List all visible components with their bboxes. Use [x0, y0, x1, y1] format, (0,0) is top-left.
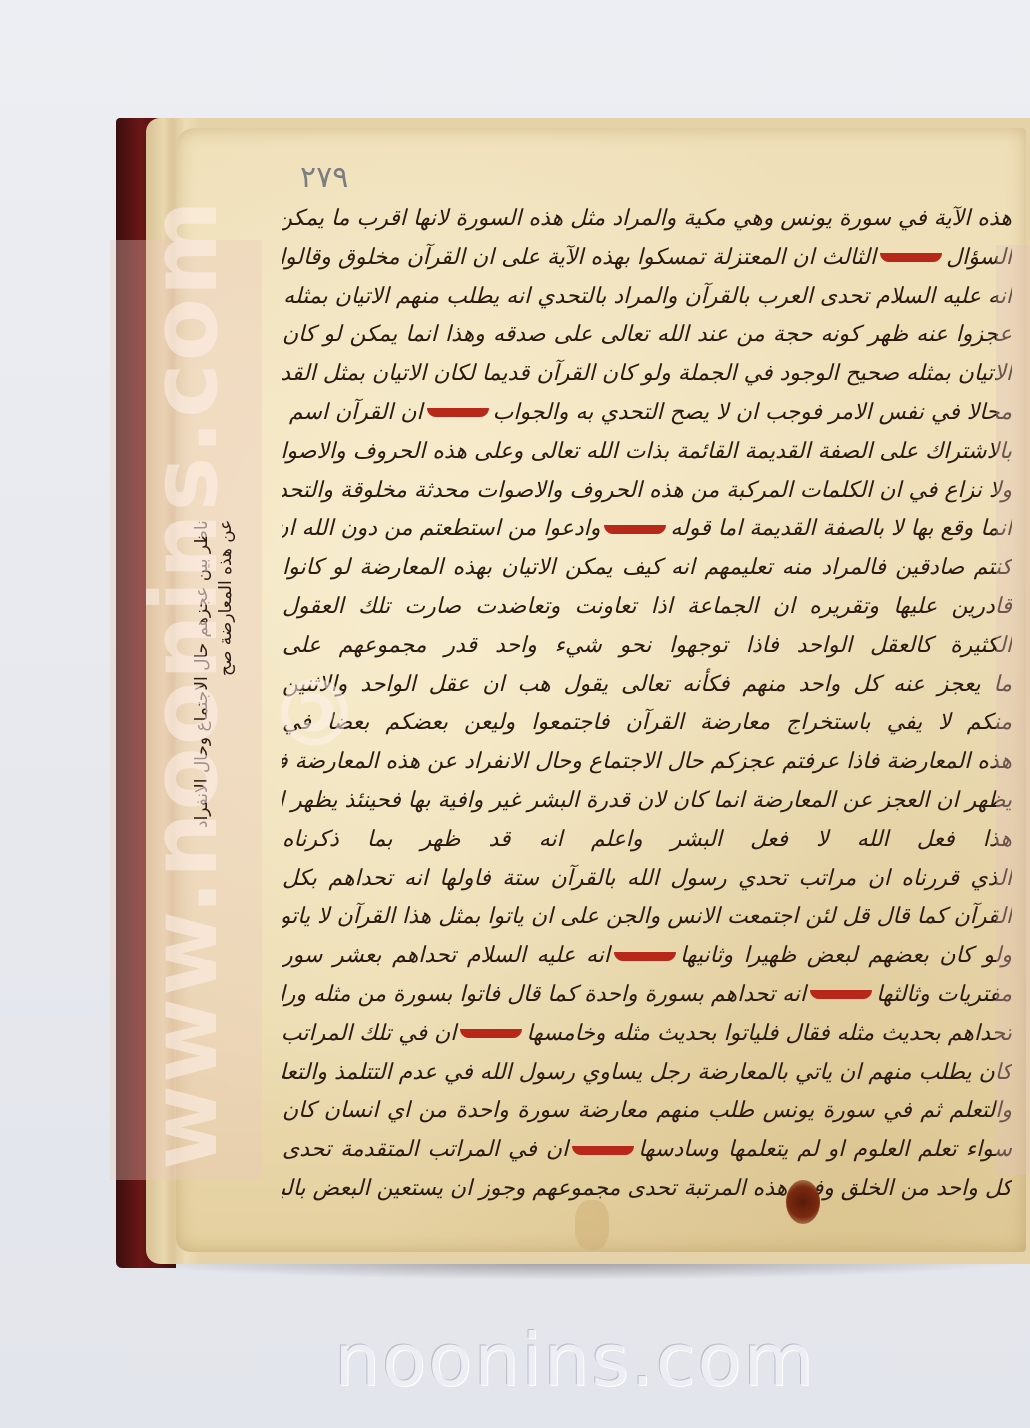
line-text: يظهر ان العجز عن المعارضة انما كان لان ق… [282, 788, 1012, 813]
line-text: ولو كان بعضهم لبعض ظهيرا وثانيها [680, 943, 1012, 968]
manuscript-line: انه عليه السلام تحدى العرب بالقرآن والمر… [282, 278, 1012, 317]
line-text: ان في تلك المراتب الاربع [282, 1021, 456, 1046]
manuscript-line: يظهر ان العجز عن المعارضة انما كان لان ق… [282, 782, 1012, 821]
rubric-overline-mark [460, 1029, 522, 1038]
manuscript-line: محالا في نفس الامر فوجب ان لا يصح التحدي… [282, 394, 1012, 433]
manuscript-line: تحداهم بحديث مثله فقال فلياتوا بحديث مثل… [282, 1015, 1012, 1054]
manuscript-line: ولو كان بعضهم لبعض ظهيرا وثانيهاانه عليه… [282, 937, 1012, 976]
manuscript-line: الذي قررناه ان مراتب تحدي رسول الله بالق… [282, 860, 1012, 899]
manuscript-line: والتعلم ثم في سورة يونس طلب منهم معارضة … [282, 1092, 1012, 1131]
line-text: مفتريات وثالثها [876, 982, 1012, 1007]
manuscript-line: هذه الآية في سورة يونس وهي مكية والمراد … [282, 200, 1012, 239]
water-stain [575, 1200, 609, 1250]
line-text: القرآن كما قال قل لئن اجتمعت الانس والجن… [282, 904, 1012, 929]
manuscript-line: انما وقع بها لا بالصفة القديمة اما قولهو… [282, 510, 1012, 549]
line-text: ولا نزاع في ان الكلمات المركبة من هذه ال… [282, 478, 1012, 503]
manuscript-line: كنتم صادقين فالمراد منه تعليمهم انه كيف … [282, 549, 1012, 588]
rubric-overline-mark [604, 525, 666, 534]
manuscript-line: مفتريات وثالثهاانه تحداهم بسورة واحدة كم… [282, 976, 1012, 1015]
folio-number: ٢٧٩ [300, 160, 348, 195]
line-text: هذه المعارضة فاذا عرفتم عجزكم حال الاجتم… [282, 749, 1012, 774]
line-text: انه تحداهم بسورة واحدة كما قال فاتوا بسو… [282, 982, 806, 1007]
manuscript-line: سواء تعلم العلوم او لم يتعلمها وسادسهاان… [282, 1131, 1012, 1170]
manuscript-line: هذه المعارضة فاذا عرفتم عجزكم حال الاجتم… [282, 743, 1012, 782]
manuscript-line: القرآن كما قال قل لئن اجتمعت الانس والجن… [282, 898, 1012, 937]
line-text: انه عليه السلام تحدى العرب بالقرآن والمر… [282, 284, 1012, 309]
line-text: محالا في نفس الامر فوجب ان لا يصح التحدي… [493, 400, 1012, 425]
line-text: سواء تعلم العلوم او لم يتعلمها وسادسها [638, 1137, 1012, 1162]
rubric-overline-mark [572, 1146, 634, 1155]
manuscript-line: منكم لا يفي باستخراج معارضة القرآن فاجتم… [282, 704, 1012, 743]
ink-stain [786, 1180, 820, 1224]
line-text: والتعلم ثم في سورة يونس طلب منهم معارضة … [282, 1098, 1012, 1123]
watermark-panel-right [996, 245, 1030, 1175]
line-text: الذي قررناه ان مراتب تحدي رسول الله بالق… [282, 866, 1012, 891]
manuscript-line: عجزوا عنه ظهر كونه حجة من عند الله تعالى… [282, 316, 1012, 355]
line-text: عجزوا عنه ظهر كونه حجة من عند الله تعالى… [282, 322, 1012, 347]
line-text: انما وقع بها لا بالصفة القديمة اما قوله [670, 516, 1012, 541]
manuscript-line: كل واحد من الخلق وفي هذه المرتبة تحدى مج… [282, 1170, 1012, 1209]
line-text: هذه الآية في سورة يونس وهي مكية والمراد … [282, 206, 1012, 231]
line-text: انه عليه السلام تحداهم بعشر سور [282, 943, 610, 968]
manuscript-line: كان يطلب منهم ان ياتي بالمعارضة رجل يساو… [282, 1054, 1012, 1093]
rubric-overline-mark [810, 990, 872, 999]
manuscript-line: السؤالالثالث ان المعتزلة تمسكوا بهذه الآ… [282, 239, 1012, 278]
manuscript-line: الكثيرة كالعقل الواحد فاذا توجهوا نحو شي… [282, 627, 1012, 666]
line-text: كل واحد من الخلق وفي هذه المرتبة تحدى مج… [282, 1176, 1012, 1201]
line-text: وادعوا من استطعتم من دون الله ان [282, 516, 600, 541]
manuscript-line: ولا نزاع في ان الكلمات المركبة من هذه ال… [282, 472, 1012, 511]
rubric-overline-mark [614, 952, 676, 961]
line-text: ان القرآن اسم يقال [282, 400, 423, 425]
rubric-overline-mark [427, 408, 489, 417]
line-text: تحداهم بحديث مثله فقال فلياتوا بحديث مثل… [526, 1021, 1012, 1046]
manuscript-line: الاتيان بمثله صحيح الوجود في الجملة ولو … [282, 355, 1012, 394]
manuscript-line: هذا فعل الله لا فعل البشر واعلم انه قد ظ… [282, 821, 1012, 860]
watermark-footer: noonins.com [0, 1318, 1030, 1402]
line-text: الثالث ان المعتزلة تمسكوا بهذه الآية على… [282, 245, 876, 270]
manuscript-line: بالاشتراك على الصفة القديمة القائمة بذات… [282, 433, 1012, 472]
line-text: قادرين عليها وتقريره ان الجماعة اذا تعاو… [282, 594, 1012, 619]
line-text: كنتم صادقين فالمراد منه تعليمهم انه كيف … [282, 555, 1012, 580]
line-text: ان في المراتب المتقدمة تحدى [282, 1137, 568, 1162]
manuscript-text-block: هذه الآية في سورة يونس وهي مكية والمراد … [282, 200, 1012, 1209]
line-text: الكثيرة كالعقل الواحد فاذا توجهوا نحو شي… [282, 633, 1012, 658]
line-text: هذا فعل الله لا فعل البشر واعلم انه قد ظ… [282, 827, 1012, 852]
line-text: الاتيان بمثله صحيح الوجود في الجملة ولو … [282, 361, 1012, 386]
watermark-vertical-text: www.noonins.com © [120, 250, 250, 1170]
manuscript-line: ما يعجز عنه كل واحد منهم فكأنه تعالى يقو… [282, 666, 1012, 705]
line-text: كان يطلب منهم ان ياتي بالمعارضة رجل يساو… [282, 1060, 1012, 1085]
rubric-overline-mark [880, 253, 942, 262]
manuscript-line: قادرين عليها وتقريره ان الجماعة اذا تعاو… [282, 588, 1012, 627]
line-text: ما يعجز عنه كل واحد منهم فكأنه تعالى يقو… [282, 672, 1012, 697]
line-text: منكم لا يفي باستخراج معارضة القرآن فاجتم… [282, 710, 1012, 735]
line-text: بالاشتراك على الصفة القديمة القائمة بذات… [282, 439, 1012, 464]
